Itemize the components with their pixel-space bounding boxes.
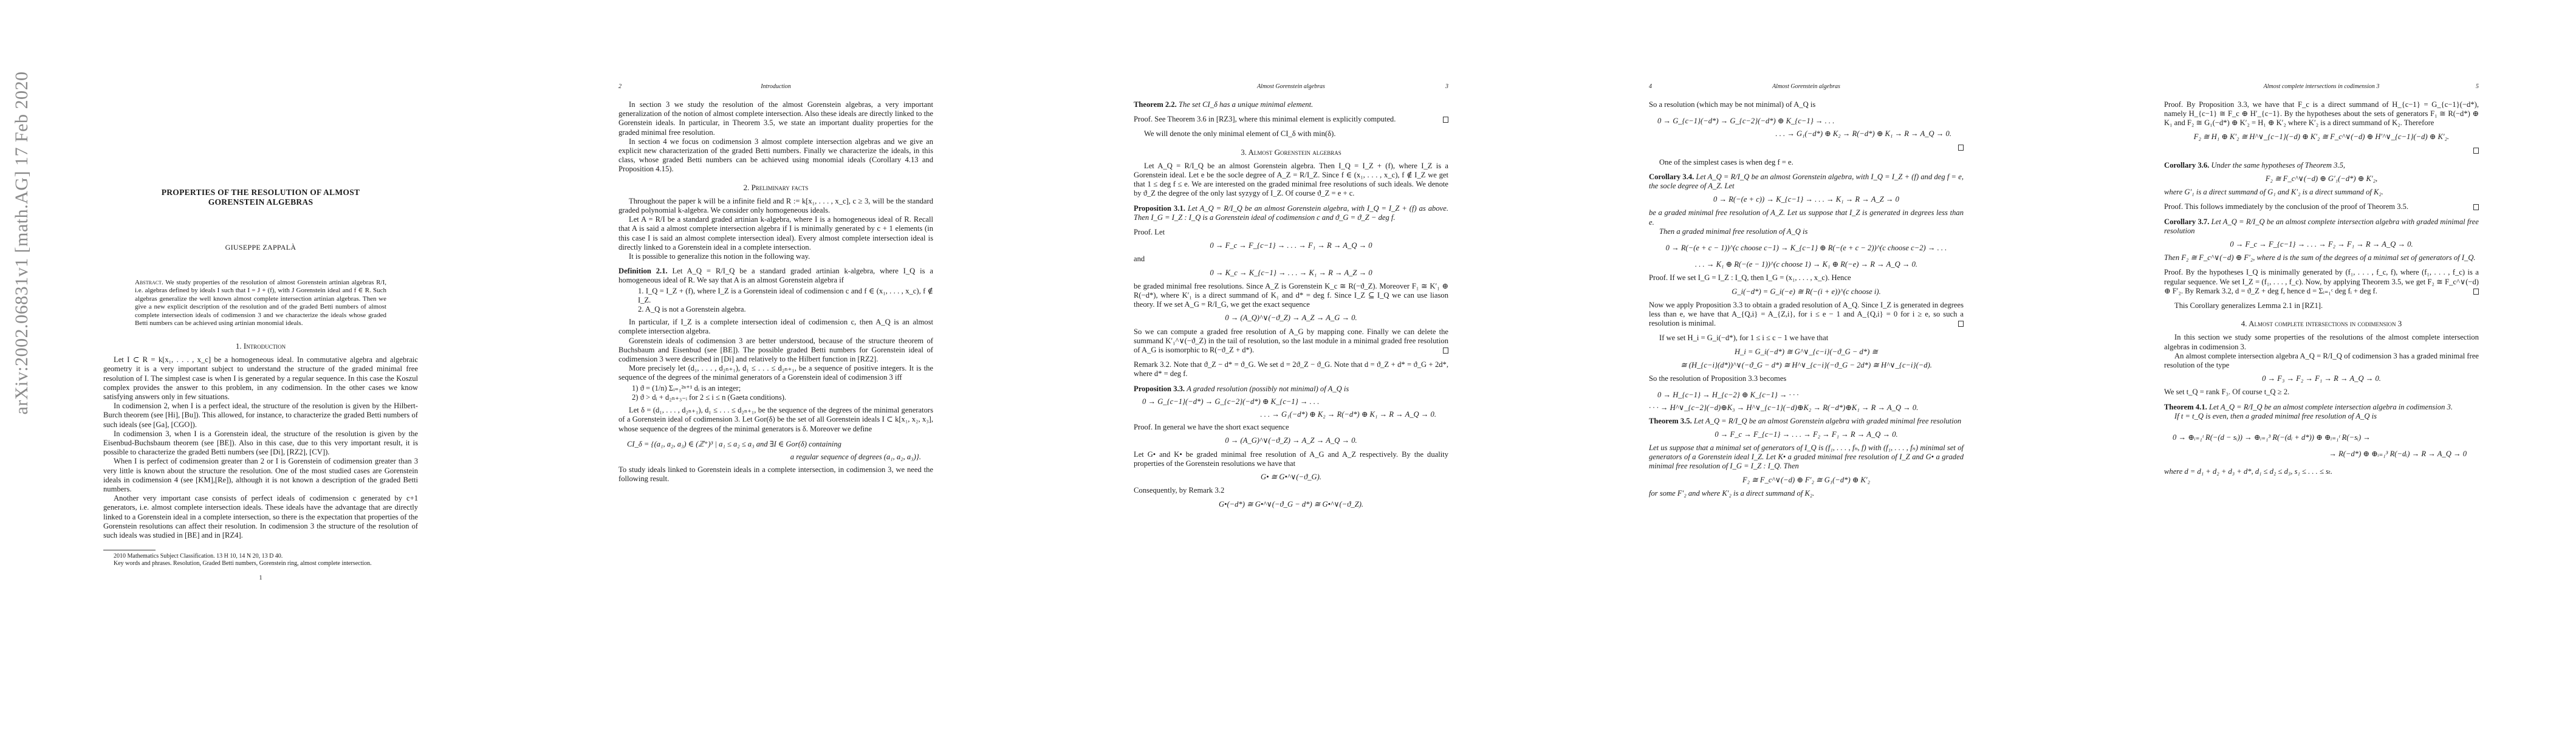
equation: . . . → G₁(−d*) ⊕ K₂ → R(−d*) ⊕ K₁ → R →… [1134, 410, 1436, 419]
running-head-title: Almost complete intersections in codimen… [2264, 83, 2380, 90]
author-name: GIUSEPPE ZAPPALÀ [103, 243, 418, 252]
corollary-3-4: Corollary 3.4. Let A_Q = R/I_Q be an alm… [1649, 173, 1964, 191]
qed-row [1649, 143, 1964, 152]
paper-title: PROPERTIES OF THE RESOLUTION OF ALMOST G… [103, 188, 418, 207]
theorem-text: Let us suppose that a minimal set of gen… [1649, 443, 1964, 471]
page-4: 4 Almost Gorenstein algebras So a resolu… [1546, 0, 2061, 729]
equation: 0 → G_{c−1}(−d*) → G_{c−2}(−d*) ⊕ K_{c−1… [1657, 117, 1964, 126]
paragraph: Let δ = (d₁, . . . , d₂ₙ₊₁), d₁ ≤ . . . … [618, 406, 933, 434]
page-number: 4 [1649, 83, 1652, 90]
paragraph: More precisely let (d₁, . . . , d₂ₙ₊₁), … [618, 364, 933, 382]
list-item: 1. I_Q = I_Z + (f), where I_Z is a Goren… [638, 287, 933, 305]
paragraph: Now we apply Proposition 3.3 to obtain a… [1649, 301, 1964, 329]
theorem-text: where d = d₁ + d₂ + d₃ + d*, d₁ ≤ d₂ ≤ d… [2164, 467, 2479, 476]
list-item: 2. A_Q is not a Gorenstein algebra. [638, 305, 933, 314]
equation: · · · → H^∨_{c−2}(−d)⊕K₃ → H^∨_{c−1}(−d)… [1649, 403, 1964, 412]
equation: G• ≅ G•^∨(−ϑ_G). [1134, 473, 1448, 482]
running-head: 2 Introduction [618, 83, 933, 90]
abstract: Abstract. We study properties of the res… [135, 279, 386, 327]
paragraph: be graded minimal free resolutions. Sinc… [1134, 282, 1448, 310]
paragraph: An almost complete intersection algebra … [2164, 352, 2479, 370]
page-1-body: 1. Introduction Let I ⊂ R = k[x₁, . . . … [103, 341, 418, 583]
paragraph: Let I ⊂ R = k[x₁, . . . , x_c] be a homo… [103, 355, 418, 402]
theorem-2-2: Theorem 2.2. The set CI_δ has a unique m… [1134, 100, 1448, 109]
paragraph: It is possible to generalize this notion… [618, 252, 933, 261]
paragraph: Consequently, by Remark 3.2 [1134, 486, 1448, 495]
paragraph: Let A_Q = R/I_Q be an almost Gorenstein … [1134, 162, 1448, 199]
running-head-title: Introduction [761, 83, 791, 90]
equation: F₂ ≅ F_c^∨(−d) ⊕ G′₁(−d*) ⊕ K′₂, [2164, 174, 2479, 183]
definition-label: Definition 2.1. [618, 267, 668, 275]
equation: F₂ ≅ H₁ ⊕ K′₂ ≅ H^∨_{c−1}(−d) ⊕ K′₂ ≅ F_… [2164, 132, 2479, 142]
proof: Proof. See Theorem 3.6 in [RZ3], where t… [1134, 115, 1448, 124]
paragraph: In section 4 we focus on codimension 3 a… [618, 137, 933, 174]
page-number: 3 [1445, 83, 1448, 90]
abstract-label: Abstract. [135, 279, 163, 286]
equation: ≅ (H_{c−i}(d*))^∨(−ϑ_G − d*) ≅ H^∨_{c−i}… [1649, 361, 1964, 370]
paragraph: In particular, if I_Z is a complete inte… [618, 318, 933, 336]
equation: 0 → (A_Q)^∨(−ϑ_Z) → A_Z → A_G → 0. [1134, 313, 1448, 323]
gaeta-conditions: 1) ϑ = (1/n) Σᵢ₌₁²ⁿ⁺¹ dᵢ is an integer; … [632, 384, 933, 402]
corollary-text: Then a graded minimal free resolution of… [1649, 227, 1964, 236]
equation: 0 → F_c → F_{c−1} → . . . → F₂ → F₁ → R … [1649, 430, 1964, 439]
paragraph: So a resolution (which may be not minima… [1649, 100, 1964, 109]
paragraph: This Corollary generalizes Lemma 2.1 in … [2164, 301, 2479, 310]
equation: 0 → R(−(e + c)) → K_{c−1} → . . . → K₁ →… [1649, 195, 1964, 204]
equation: 0 → ⊕ᵢ₌₁ᵗ R(−(d − sᵢ)) → ⊕ᵢ₌₁³ R(−(dᵢ + … [2173, 433, 2479, 442]
paragraph: We will denote the only minimal element … [1134, 129, 1448, 139]
paragraph: In this section we study some properties… [2164, 333, 2479, 351]
paragraph: So we can compute a graded free resoluti… [1134, 327, 1448, 355]
corollary-text: be a graded minimal free resolution of A… [1649, 208, 1964, 227]
proposition-3-3: Proposition 3.3. A graded resolution (po… [1134, 385, 1448, 394]
paragraph: Let G• and K• be graded minimal free res… [1134, 450, 1448, 468]
page-5: Almost complete intersections in codimen… [2061, 0, 2576, 729]
corollary-3-6: Corollary 3.6. Under the same hypotheses… [2164, 161, 2479, 170]
equation: → R(−d*) ⊕ ⊕ᵢ₌₁³ R(−dᵢ) → R → A_Q → 0 [2164, 450, 2467, 459]
theorem-text: If t = t_Q is even, then a graded minima… [2164, 412, 2479, 421]
page-2-body: In section 3 we study the resolution of … [618, 100, 933, 484]
qed-icon [2473, 204, 2479, 210]
footnote-keywords: Key words and phrases. Resolution, Grade… [103, 560, 418, 567]
paragraph: Throughout the paper k will be a infinit… [618, 197, 933, 215]
proof: Proof. In general we have the short exac… [1134, 423, 1448, 432]
qed-icon [1443, 117, 1448, 123]
paragraph: When I is perfect of codimension greater… [103, 457, 418, 494]
corollary-text: where G′₁ is a direct summand of G₁ and … [2164, 188, 2479, 197]
theorem-text: for some F′₂ and where K′₂ is a direct s… [1649, 489, 1964, 498]
page-number-footer: 1 [103, 573, 418, 583]
theorem-3-5: Theorem 3.5. Let A_Q = R/I_Q be an almos… [1649, 417, 1964, 426]
running-head: Almost complete intersections in codimen… [2164, 83, 2479, 90]
equation: 0 → (A_G)^∨(−ϑ_Z) → A_Z → A_Q → 0. [1134, 436, 1448, 445]
qed-icon [1443, 347, 1448, 354]
page-3-body: Theorem 2.2. The set CI_δ has a unique m… [1134, 100, 1448, 513]
equation: H_i = G_i(−d*) ≅ G^∨_{c−i}(−ϑ_G − d*) ≅ [1649, 347, 1964, 357]
qed-icon [1958, 145, 1964, 151]
corollary-3-7: Corollary 3.7. Let A_Q = R/I_Q be an alm… [2164, 217, 2479, 236]
qed-row [2164, 146, 2479, 156]
definition-items: 1. I_Q = I_Z + (f), where I_Z is a Goren… [638, 287, 933, 315]
page-number: 5 [2476, 83, 2479, 90]
paragraph: Gorenstein ideals of codimension 3 are b… [618, 337, 933, 364]
qed-icon [2473, 148, 2479, 154]
definition-2-1: Definition 2.1. Let A_Q = R/I_Q be a sta… [618, 267, 933, 285]
page-4-body: So a resolution (which may be not minima… [1649, 100, 1964, 498]
page-1: arXiv:2002.06831v1 [math.AG] 17 Feb 2020… [0, 0, 515, 729]
equation: . . . → K₁ ⊕ R(−(e − 1))^(c choose 1) → … [1649, 260, 1964, 269]
equation: 0 → K_c → K_{c−1} → . . . → K₁ → R → A_Z… [1134, 269, 1448, 278]
equation: a regular sequence of degrees (a₁, a₂, a… [618, 453, 921, 462]
list-item: 1) ϑ = (1/n) Σᵢ₌₁²ⁿ⁺¹ dᵢ is an integer; [632, 384, 933, 393]
remark-3-2: Remark 3.2. Note that ϑ_Z − d* = ϑ_G. We… [1134, 360, 1448, 378]
paragraph: We set t_Q = rank F₃. Of course t_Q ≥ 2. [2164, 388, 2479, 397]
paragraph: and [1134, 255, 1448, 264]
page-2: 2 Introduction In section 3 we study the… [515, 0, 1030, 729]
footnote-msc: 2010 Mathematics Subject Classification.… [103, 553, 418, 560]
running-head-title: Almost Gorenstein algebras [1772, 83, 1840, 90]
equation: F₂ ≅ F_c^∨(−d) ⊕ F′₂ ≅ G₁(−d*) ⊕ K′₂ [1649, 476, 1964, 485]
paragraph: Another very important case consists of … [103, 494, 418, 540]
equation: 0 → F₃ → F₂ → F₁ → R → A_Q → 0. [2164, 374, 2479, 383]
paragraph: In codimension 2, when I is a perfect id… [103, 402, 418, 430]
qed-icon [2473, 289, 2479, 295]
arxiv-watermark: arXiv:2002.06831v1 [math.AG] 17 Feb 2020 [10, 170, 34, 316]
equation: 0 → R(−(e + c − 1))^(c choose c−1) → K_{… [1649, 244, 1964, 253]
proof: Proof. Let [1134, 228, 1448, 237]
proof: Proof. This follows immediately by the c… [2164, 202, 2479, 211]
paragraph: One of the simplest cases is when deg f … [1649, 158, 1964, 167]
equation: G_i(−d*) = G_i(−e) ≅ R(−(i + e))^(c choo… [1649, 287, 1964, 296]
paragraph: To study ideals linked to Gorenstein ide… [618, 465, 933, 484]
paragraph: In section 3 we study the resolution of … [618, 100, 933, 137]
proof: Proof. If we set I_G = I_Z : I_Q, then I… [1649, 273, 1964, 282]
section-heading-preliminary-facts: 2. Preliminary facts [618, 183, 933, 192]
equation: . . . → G₁(−d*) ⊕ K₂ → R(−d*) ⊕ K₁ → R →… [1649, 129, 1951, 139]
running-head: 4 Almost Gorenstein algebras [1649, 83, 1964, 90]
equation: 0 → F_c → F_{c−1} → . . . → F₂ → F₁ → R … [2164, 240, 2479, 249]
proof: Proof. By the hypotheses I_Q is minimall… [2164, 268, 2479, 296]
corollary-text: Then F₂ ≅ F_c^∨(−d) ⊕ F′₂, where d is th… [2164, 253, 2479, 262]
theorem-4-1: Theorem 4.1. Let A_Q = R/I_Q be an almos… [2164, 403, 2479, 412]
equation: G•(−d*) ≅ G•^∨(−ϑ_G − d*) ≅ G•^∨(−ϑ_Z). [1134, 500, 1448, 509]
abstract-text: We study properties of the resolution of… [135, 279, 386, 327]
footnote-divider [103, 550, 156, 550]
proposition-3-1: Proposition 3.1. Let A_Q = R/I_Q be an a… [1134, 204, 1448, 222]
paragraph: So the resolution of Proposition 3.3 bec… [1649, 374, 1964, 383]
list-item: 2) ϑ > dᵢ + d₂ₙ₊₃₋ᵢ for 2 ≤ i ≤ n (Gaeta… [632, 393, 933, 402]
equation: 0 → F_c → F_{c−1} → . . . → F₁ → R → A_Q… [1134, 241, 1448, 250]
page-5-body: Proof. By Proposition 3.3, we have that … [2164, 100, 2479, 477]
equation: 0 → G_{c−1}(−d*) → G_{c−2}(−d*) ⊕ K_{c−1… [1142, 397, 1448, 406]
section-heading-introduction: 1. Introduction [103, 341, 418, 351]
section-heading-almost-complete-intersections: 4. Almost complete intersections in codi… [2164, 319, 2479, 328]
paragraph: If we set H_i = G_i(−d*), for 1 ≤ i ≤ c … [1649, 334, 1964, 343]
paragraph: Let A = R/I be a standard graded artinia… [618, 215, 933, 252]
paragraph: In codimension 3, when I is a Gorenstein… [103, 430, 418, 457]
proof: Proof. By Proposition 3.3, we have that … [2164, 100, 2479, 128]
equation: CI_δ = {(a₁, a₂, a₃) ∈ (ℤ⁺)³ | a₁ ≤ a₂ ≤… [627, 440, 933, 449]
section-heading-almost-gorenstein: 3. Almost Gorenstein algebras [1134, 148, 1448, 157]
running-head: Almost Gorenstein algebras 3 [1134, 83, 1448, 90]
equation: 0 → H_{c−1} → H_{c−2} ⊕ K_{c−1} → · · · [1657, 391, 1964, 400]
page-number: 2 [618, 83, 622, 90]
qed-icon [1958, 321, 1964, 327]
page-3: Almost Gorenstein algebras 3 Theorem 2.2… [1030, 0, 1546, 729]
running-head-title: Almost Gorenstein algebras [1257, 83, 1325, 90]
